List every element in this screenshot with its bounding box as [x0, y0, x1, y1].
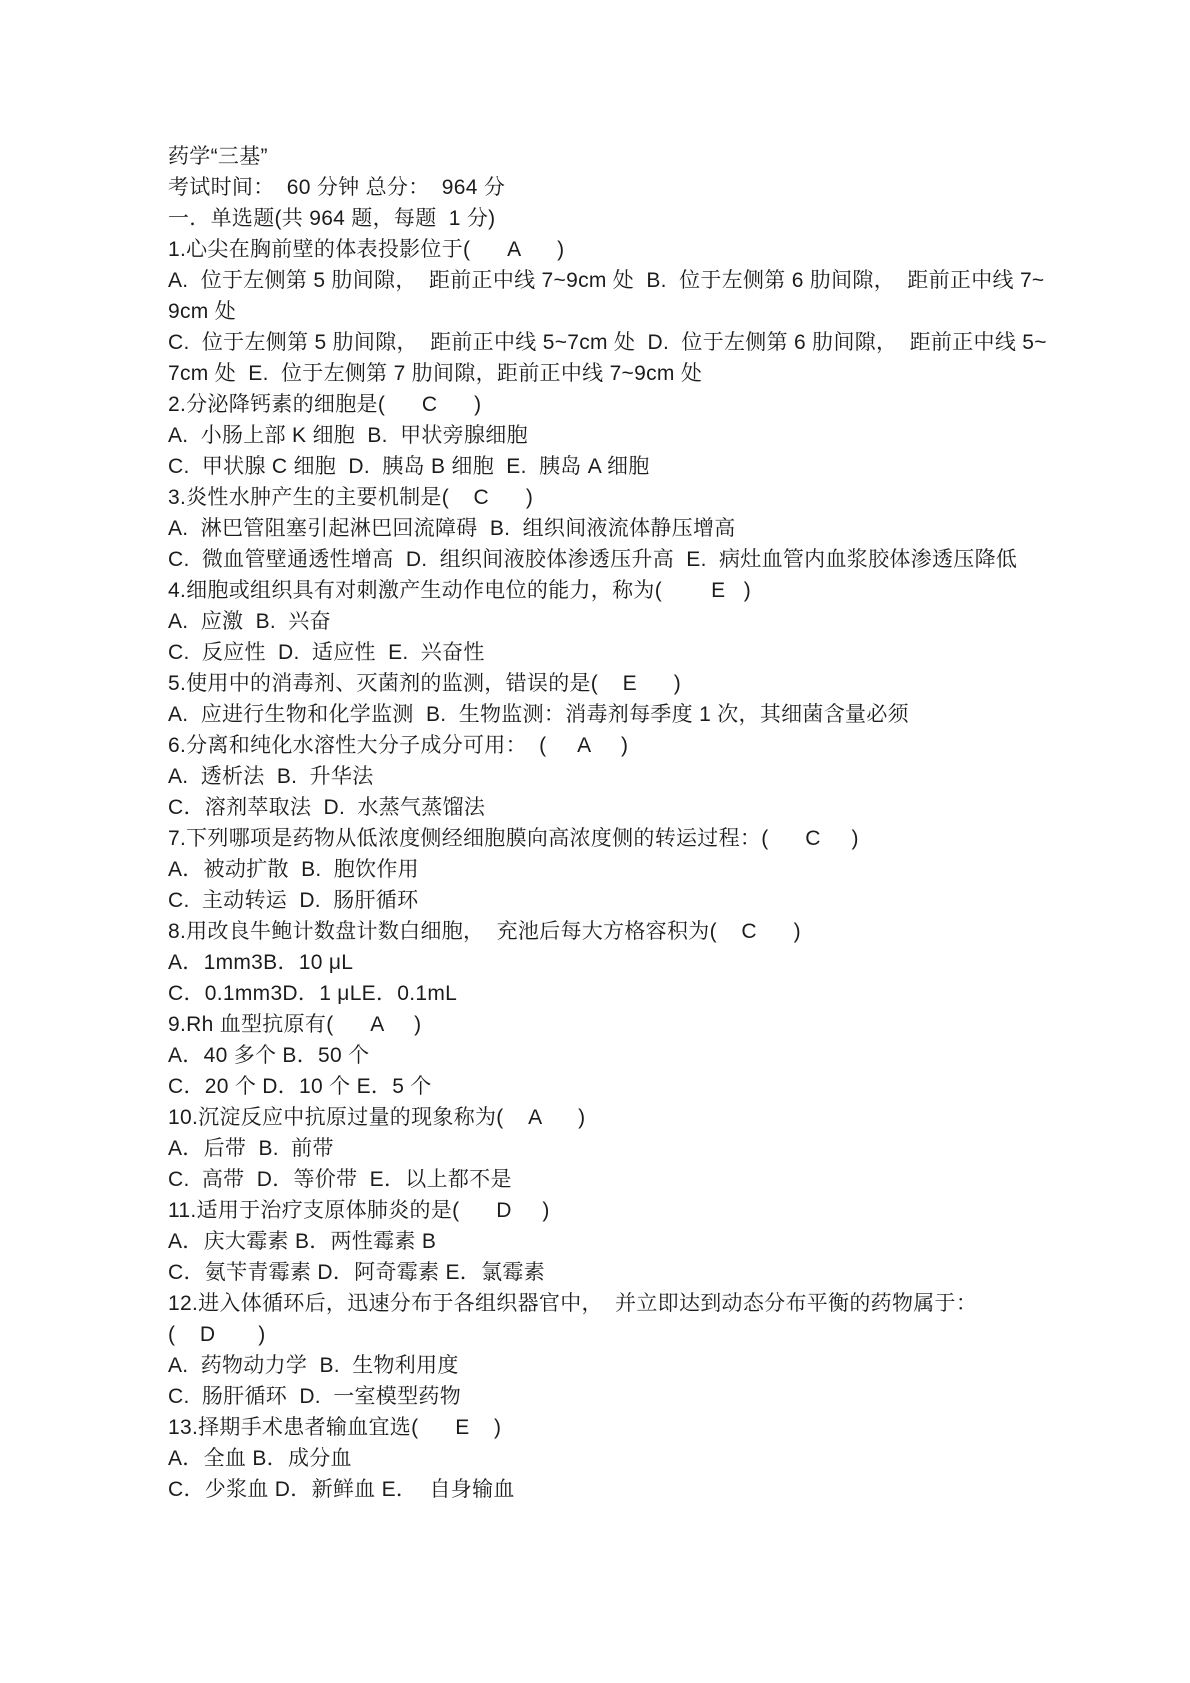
question-block-11: 11.适用于治疗支原体肺炎的是( D )A．庆大霉素 B．两性霉素 BC．氨苄青… — [168, 1195, 1130, 1288]
question-block-13: 13.择期手术患者输血宜选( E )A．全血 B．成分血C．少浆血 D．新鲜血 … — [168, 1412, 1130, 1505]
document-title: 药学“三基” — [168, 141, 1130, 172]
question-option-line: A．庆大霉素 B．两性霉素 B — [168, 1226, 1130, 1257]
question-block-6: 6.分离和纯化水溶性大分子成分可用： ( A )A. 透析法 B. 升华法C．溶… — [168, 730, 1130, 823]
question-option-line: A. 透析法 B. 升华法 — [168, 761, 1130, 792]
question-option-line: A. 应激 B. 兴奋 — [168, 606, 1130, 637]
question-stem-line: 10.沉淀反应中抗原过量的现象称为( A ) — [168, 1102, 1130, 1133]
question-stem-line: 3.炎性水肿产生的主要机制是( C ) — [168, 482, 1130, 513]
question-option-line: C. 主动转运 D. 肠肝循环 — [168, 885, 1130, 916]
question-stem-line: 9.Rh 血型抗原有( A ) — [168, 1009, 1130, 1040]
question-block-4: 4.细胞或组织具有对刺激产生动作电位的能力，称为( E )A. 应激 B. 兴奋… — [168, 575, 1130, 668]
question-block-1: 1.心尖在胸前壁的体表投影位于( A )A. 位于左侧第 5 肋间隙， 距前正中… — [168, 234, 1130, 389]
question-stem-line: 8.用改良牛鲍计数盘计数白细胞， 充池后每大方格容积为( C ) — [168, 916, 1130, 947]
question-option-line: C．溶剂萃取法 D. 水蒸气蒸馏法 — [168, 792, 1130, 823]
question-stem-line: 13.择期手术患者输血宜选( E ) — [168, 1412, 1130, 1443]
question-option-line: 7cm 处 E. 位于左侧第 7 肋间隙，距前正中线 7~9cm 处 — [168, 358, 1130, 389]
question-option-line: A. 小肠上部 K 细胞 B. 甲状旁腺细胞 — [168, 420, 1130, 451]
question-stem-line: 4.细胞或组织具有对刺激产生动作电位的能力，称为( E ) — [168, 575, 1130, 606]
question-option-line: A. 应进行生物和化学监测 B. 生物监测：消毒剂每季度 1 次，其细菌含量必须 — [168, 699, 1130, 730]
question-block-3: 3.炎性水肿产生的主要机制是( C )A. 淋巴管阻塞引起淋巴回流障碍 B. 组… — [168, 482, 1130, 575]
question-block-5: 5.使用中的消毒剂、灭菌剂的监测，错误的是( E )A. 应进行生物和化学监测 … — [168, 668, 1130, 730]
questions-list: 1.心尖在胸前壁的体表投影位于( A )A. 位于左侧第 5 肋间隙， 距前正中… — [168, 234, 1130, 1505]
question-option-line: ( D ) — [168, 1319, 1130, 1350]
question-block-7: 7.下列哪项是药物从低浓度侧经细胞膜向高浓度侧的转运过程：( C )A．被动扩散… — [168, 823, 1130, 916]
section-heading: 一．单选题(共 964 题，每题 1 分) — [168, 203, 1130, 234]
question-option-line: C. 甲状腺 C 细胞 D. 胰岛 B 细胞 E. 胰岛 A 细胞 — [168, 451, 1130, 482]
question-block-12: 12.进入体循环后，迅速分布于各组织器官中， 并立即达到动态分布平衡的药物属于：… — [168, 1288, 1130, 1412]
question-option-line: A. 位于左侧第 5 肋间隙， 距前正中线 7~9cm 处 B. 位于左侧第 6… — [168, 265, 1130, 296]
exam-info: 考试时间： 60 分钟 总分： 964 分 — [168, 172, 1130, 203]
exam-document-page: 药学“三基” 考试时间： 60 分钟 总分： 964 分 一．单选题(共 964… — [0, 0, 1190, 1683]
question-block-8: 8.用改良牛鲍计数盘计数白细胞， 充池后每大方格容积为( C )A．1mm3B．… — [168, 916, 1130, 1009]
question-option-line: C. 反应性 D. 适应性 E. 兴奋性 — [168, 637, 1130, 668]
question-option-line: A．40 多个 B．50 个 — [168, 1040, 1130, 1071]
question-option-line: A．1mm3B．10 μL — [168, 947, 1130, 978]
question-option-line: C. 肠肝循环 D. 一室模型药物 — [168, 1381, 1130, 1412]
question-block-10: 10.沉淀反应中抗原过量的现象称为( A )A．后带 B. 前带C. 高带 D．… — [168, 1102, 1130, 1195]
question-option-line: C．氨苄青霉素 D．阿奇霉素 E．氯霉素 — [168, 1257, 1130, 1288]
question-stem-line: 5.使用中的消毒剂、灭菌剂的监测，错误的是( E ) — [168, 668, 1130, 699]
question-option-line: A. 药物动力学 B. 生物利用度 — [168, 1350, 1130, 1381]
question-option-line: 9cm 处 — [168, 296, 1130, 327]
question-block-9: 9.Rh 血型抗原有( A )A．40 多个 B．50 个C．20 个 D．10… — [168, 1009, 1130, 1102]
question-option-line: A．全血 B．成分血 — [168, 1443, 1130, 1474]
question-block-2: 2.分泌降钙素的细胞是( C )A. 小肠上部 K 细胞 B. 甲状旁腺细胞C.… — [168, 389, 1130, 482]
question-option-line: C．少浆血 D．新鲜血 E． 自身输血 — [168, 1474, 1130, 1505]
question-stem-line: 12.进入体循环后，迅速分布于各组织器官中， 并立即达到动态分布平衡的药物属于： — [168, 1288, 1130, 1319]
question-stem-line: 7.下列哪项是药物从低浓度侧经细胞膜向高浓度侧的转运过程：( C ) — [168, 823, 1130, 854]
question-option-line: C. 位于左侧第 5 肋间隙， 距前正中线 5~7cm 处 D. 位于左侧第 6… — [168, 327, 1130, 358]
question-option-line: C．20 个 D．10 个 E．5 个 — [168, 1071, 1130, 1102]
question-option-line: C. 微血管壁通透性增高 D. 组织间液胶体渗透压升高 E. 病灶血管内血浆胶体… — [168, 544, 1130, 575]
question-stem-line: 6.分离和纯化水溶性大分子成分可用： ( A ) — [168, 730, 1130, 761]
question-option-line: C．0.1mm3D．1 μLE．0.1mL — [168, 978, 1130, 1009]
question-stem-line: 2.分泌降钙素的细胞是( C ) — [168, 389, 1130, 420]
question-option-line: A．被动扩散 B. 胞饮作用 — [168, 854, 1130, 885]
question-option-line: A. 淋巴管阻塞引起淋巴回流障碍 B. 组织间液流体静压增高 — [168, 513, 1130, 544]
question-option-line: C. 高带 D．等价带 E．以上都不是 — [168, 1164, 1130, 1195]
question-stem-line: 11.适用于治疗支原体肺炎的是( D ) — [168, 1195, 1130, 1226]
question-option-line: A．后带 B. 前带 — [168, 1133, 1130, 1164]
question-stem-line: 1.心尖在胸前壁的体表投影位于( A ) — [168, 234, 1130, 265]
